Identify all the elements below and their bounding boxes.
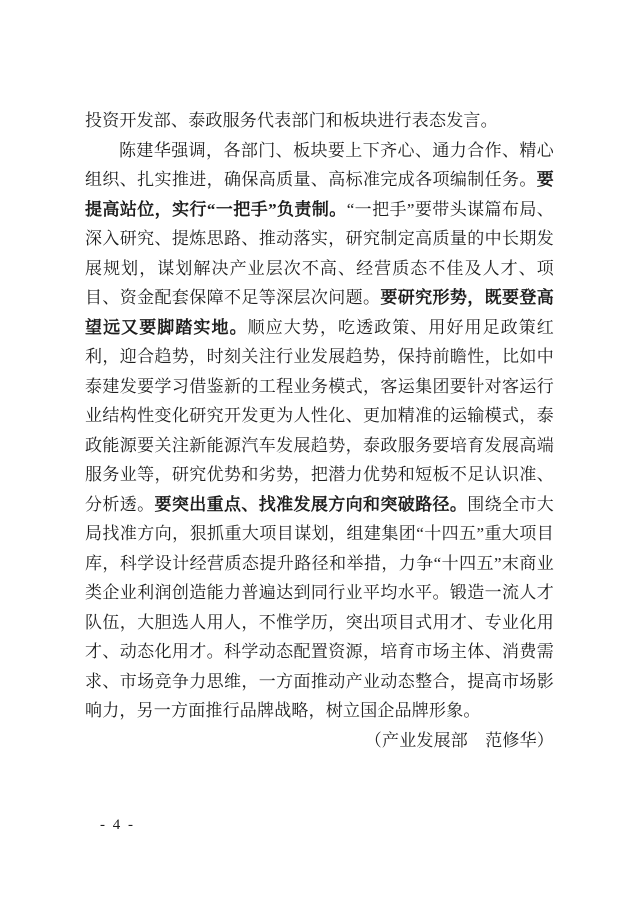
text-segment: 陈建华强调，各部门、板块要上下齐心、通力合作、精心组织、扎实推进，确保高质量、高… (85, 141, 554, 190)
paragraph-continuation: 投资开发部、泰政服务代表部门和板块进行表态发言。 (85, 106, 554, 136)
page-number: - 4 - (100, 817, 135, 834)
paragraph-main: 陈建华强调，各部门、板块要上下齐心、通力合作、精心组织、扎实推进，确保高质量、高… (85, 136, 554, 726)
text-segment: （产业发展部 范修华） (365, 731, 554, 750)
emphasis-text-segment: 要突出重点、找准发展方向和突破路径。 (155, 495, 468, 514)
paragraph-attribution: （产业发展部 范修华） (85, 726, 554, 756)
text-segment: 投资开发部、泰政服务代表部门和板块进行表态发言。 (85, 111, 498, 130)
text-segment: 顺应大势，吃透政策、用好用足政策红利，迎合趋势，时刻关注行业发展趋势，保持前瞻性… (85, 318, 554, 514)
document-page: 投资开发部、泰政服务代表部门和板块进行表态发言。陈建华强调，各部门、板块要上下齐… (0, 0, 636, 900)
document-body: 投资开发部、泰政服务代表部门和板块进行表态发言。陈建华强调，各部门、板块要上下齐… (85, 106, 554, 755)
text-segment: 围绕全市大局找准方向，狠抓重大项目谋划，组建集团“十四五”重大项目库，科学设计经… (85, 495, 554, 721)
